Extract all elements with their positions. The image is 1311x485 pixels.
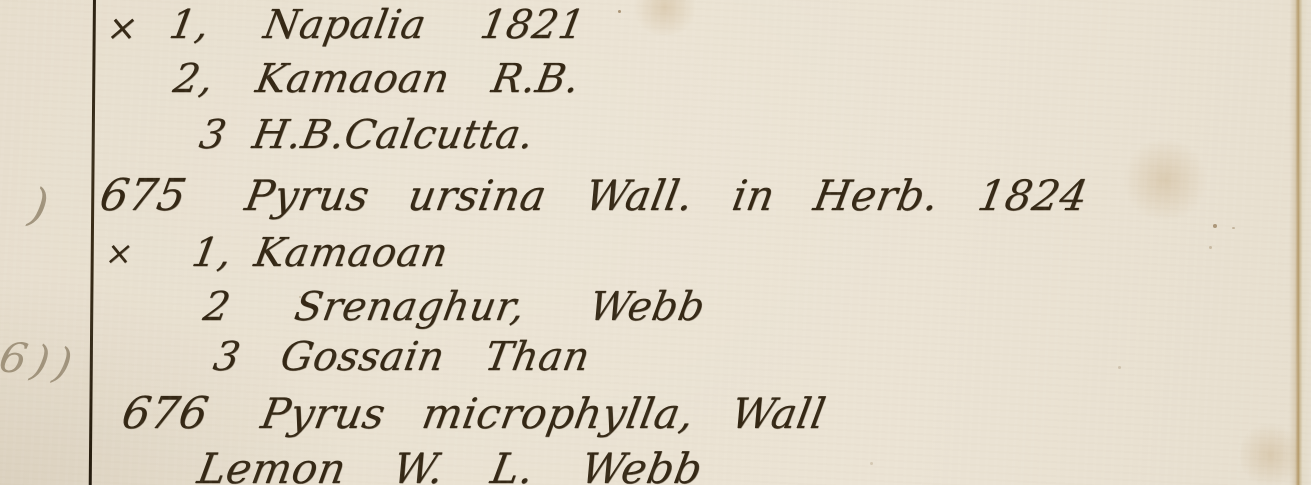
x-check-mark: × (104, 8, 142, 49)
manuscript-line: 2 Srenaghur, Webb (200, 284, 709, 330)
line-text: 3 Gossain Than (210, 334, 594, 380)
manuscript-line: 2, Kamaoan R.B. (170, 56, 583, 102)
entry-number: 675 (96, 170, 190, 221)
x-check-mark: × (103, 234, 137, 272)
manuscript-line-entry-676: 676 Pyrus microphylla, Wall (118, 388, 830, 439)
line-text: 2 Srenaghur, Webb (200, 284, 709, 330)
manuscript-line: × 1, Napalia 1821 (104, 2, 589, 48)
manuscript-line-entry-675: 675 Pyrus ursina Wall. in Herb. 1824 (96, 170, 1092, 221)
manuscript-line-cut-off: Lemon W. L. Webb (194, 444, 706, 485)
line-text: 3 H.B.Calcutta. (196, 112, 538, 158)
margin-rule-line (89, 0, 96, 485)
line-text: Lemon W. L. Webb (194, 444, 706, 485)
line-text: 1, Kamaoan (189, 230, 452, 276)
line-text: 2, Kamaoan R.B. (170, 56, 583, 102)
page-right-edge (1289, 0, 1311, 485)
entry-number: 676 (118, 388, 212, 439)
showthrough-mark: ) (25, 177, 52, 233)
line-text: 1, Napalia 1821 (166, 2, 589, 48)
line-text: Pyrus ursina Wall. in Herb. 1824 (242, 171, 1092, 220)
manuscript-line: × 1, Kamaoan (102, 230, 452, 276)
line-text: Pyrus microphylla, Wall (258, 389, 830, 438)
manuscript-line: 3 H.B.Calcutta. (196, 112, 538, 158)
showthrough-mark: 6)) (0, 332, 82, 388)
manuscript-line: 3 Gossain Than (210, 334, 594, 380)
manuscript-page: ) 6)) × 1, Napalia 1821 2, Kamaoan R.B. … (0, 0, 1311, 485)
